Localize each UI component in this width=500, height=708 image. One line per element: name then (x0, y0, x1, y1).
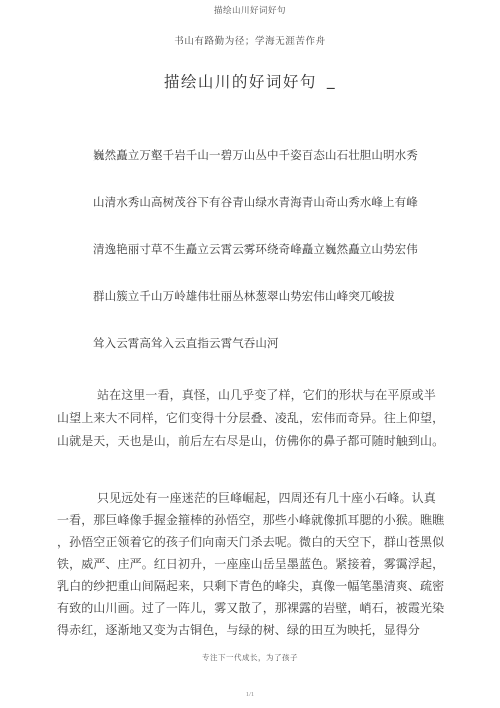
page-title: 描绘山川的好词好句 (164, 74, 317, 91)
footer-slogan: 专注下一代成长，为了孩子 (0, 652, 500, 663)
document-page: 描绘山川好词好句 书山有路勤为径；学海无涯苦作舟 描绘山川的好词好句_ 巍然矗立… (0, 0, 500, 708)
paragraph-1: 站在这里一看，真怪，山几乎变了样，它们的形状与在平原或半 山望上来大不同样，它们… (57, 386, 449, 455)
paragraph-line: 有致的山川画。过了一阵儿，雾又散了，那裸露的岩壁，峭石，被霞光染 (57, 599, 449, 621)
word-line: 山清水秀山高树茂谷下有谷青山绿水青海青山奇山秀水峰上有峰 (93, 194, 460, 241)
word-line: 巍然矗立万壑千岩千山一碧万山丛中千姿百态山石壮胆山明水秀 (93, 147, 460, 194)
paragraph-line: 乳白的纱把重山间隔起来，只剩下青色的峰尖，真像一幅笔墨清爽、疏密 (57, 577, 449, 599)
paragraph-line: ，孙悟空正领着它的孩子们向南天门杀去呢。微白的天空下，群山苍黑似 (57, 533, 449, 555)
paragraph-line: 一看，那巨峰像手握金箍棒的孙悟空，那些小峰就像抓耳腮的小猴。瞧瞧 (57, 511, 449, 533)
paragraph-line: 只见远处有一座迷茫的巨峰崛起，四周还有几十座小石峰。认真 (57, 489, 449, 511)
paragraph-line: 站在这里一看，真怪，山几乎变了样，它们的形状与在平原或半 (57, 386, 449, 409)
paragraph-line: 得赤红，逐渐地又变为古铜色，与绿的树、绿的田互为映托，显得分 (57, 621, 449, 643)
word-list: 巍然矗立万壑千岩千山一碧万山丛中千姿百态山石壮胆山明水秀 山清水秀山高树茂谷下有… (93, 147, 460, 382)
paragraph-line: 山望上来大不同样，它们变得十分层叠、凌乱，宏伟而奇异。往上仰望， (57, 409, 449, 432)
title-row: 描绘山川的好词好句_ (0, 70, 500, 92)
document-header-title: 描绘山川好词好句 (0, 4, 500, 16)
paragraph-line: 山就是天，天也是山，前后左右尽是山，仿佛你的鼻子都可随时触到山。 (57, 432, 449, 455)
page-number: 1/1 (0, 691, 500, 698)
word-line: 清逸艳丽寸草不生矗立云霄云雾环绕奇峰矗立巍然矗立山势宏伟 (93, 241, 460, 288)
motto-line: 书山有路勤为径；学海无涯苦作舟 (0, 33, 500, 47)
paragraph-line: 铁，威严、庄严。红日初升，一座座山岳呈墨蓝色。紧接着，雾霭浮起， (57, 555, 449, 577)
paragraph-2: 只见远处有一座迷茫的巨峰崛起，四周还有几十座小石峰。认真 一看，那巨峰像手握金箍… (57, 489, 449, 643)
text-cursor: _ (327, 74, 336, 92)
word-line: 群山簇立千山万岭雄伟壮丽丛林葱翠山势宏伟山峰突兀峻拔 (93, 288, 460, 335)
word-line: 耸入云霄高耸入云直指云霄气吞山河 (93, 335, 460, 382)
